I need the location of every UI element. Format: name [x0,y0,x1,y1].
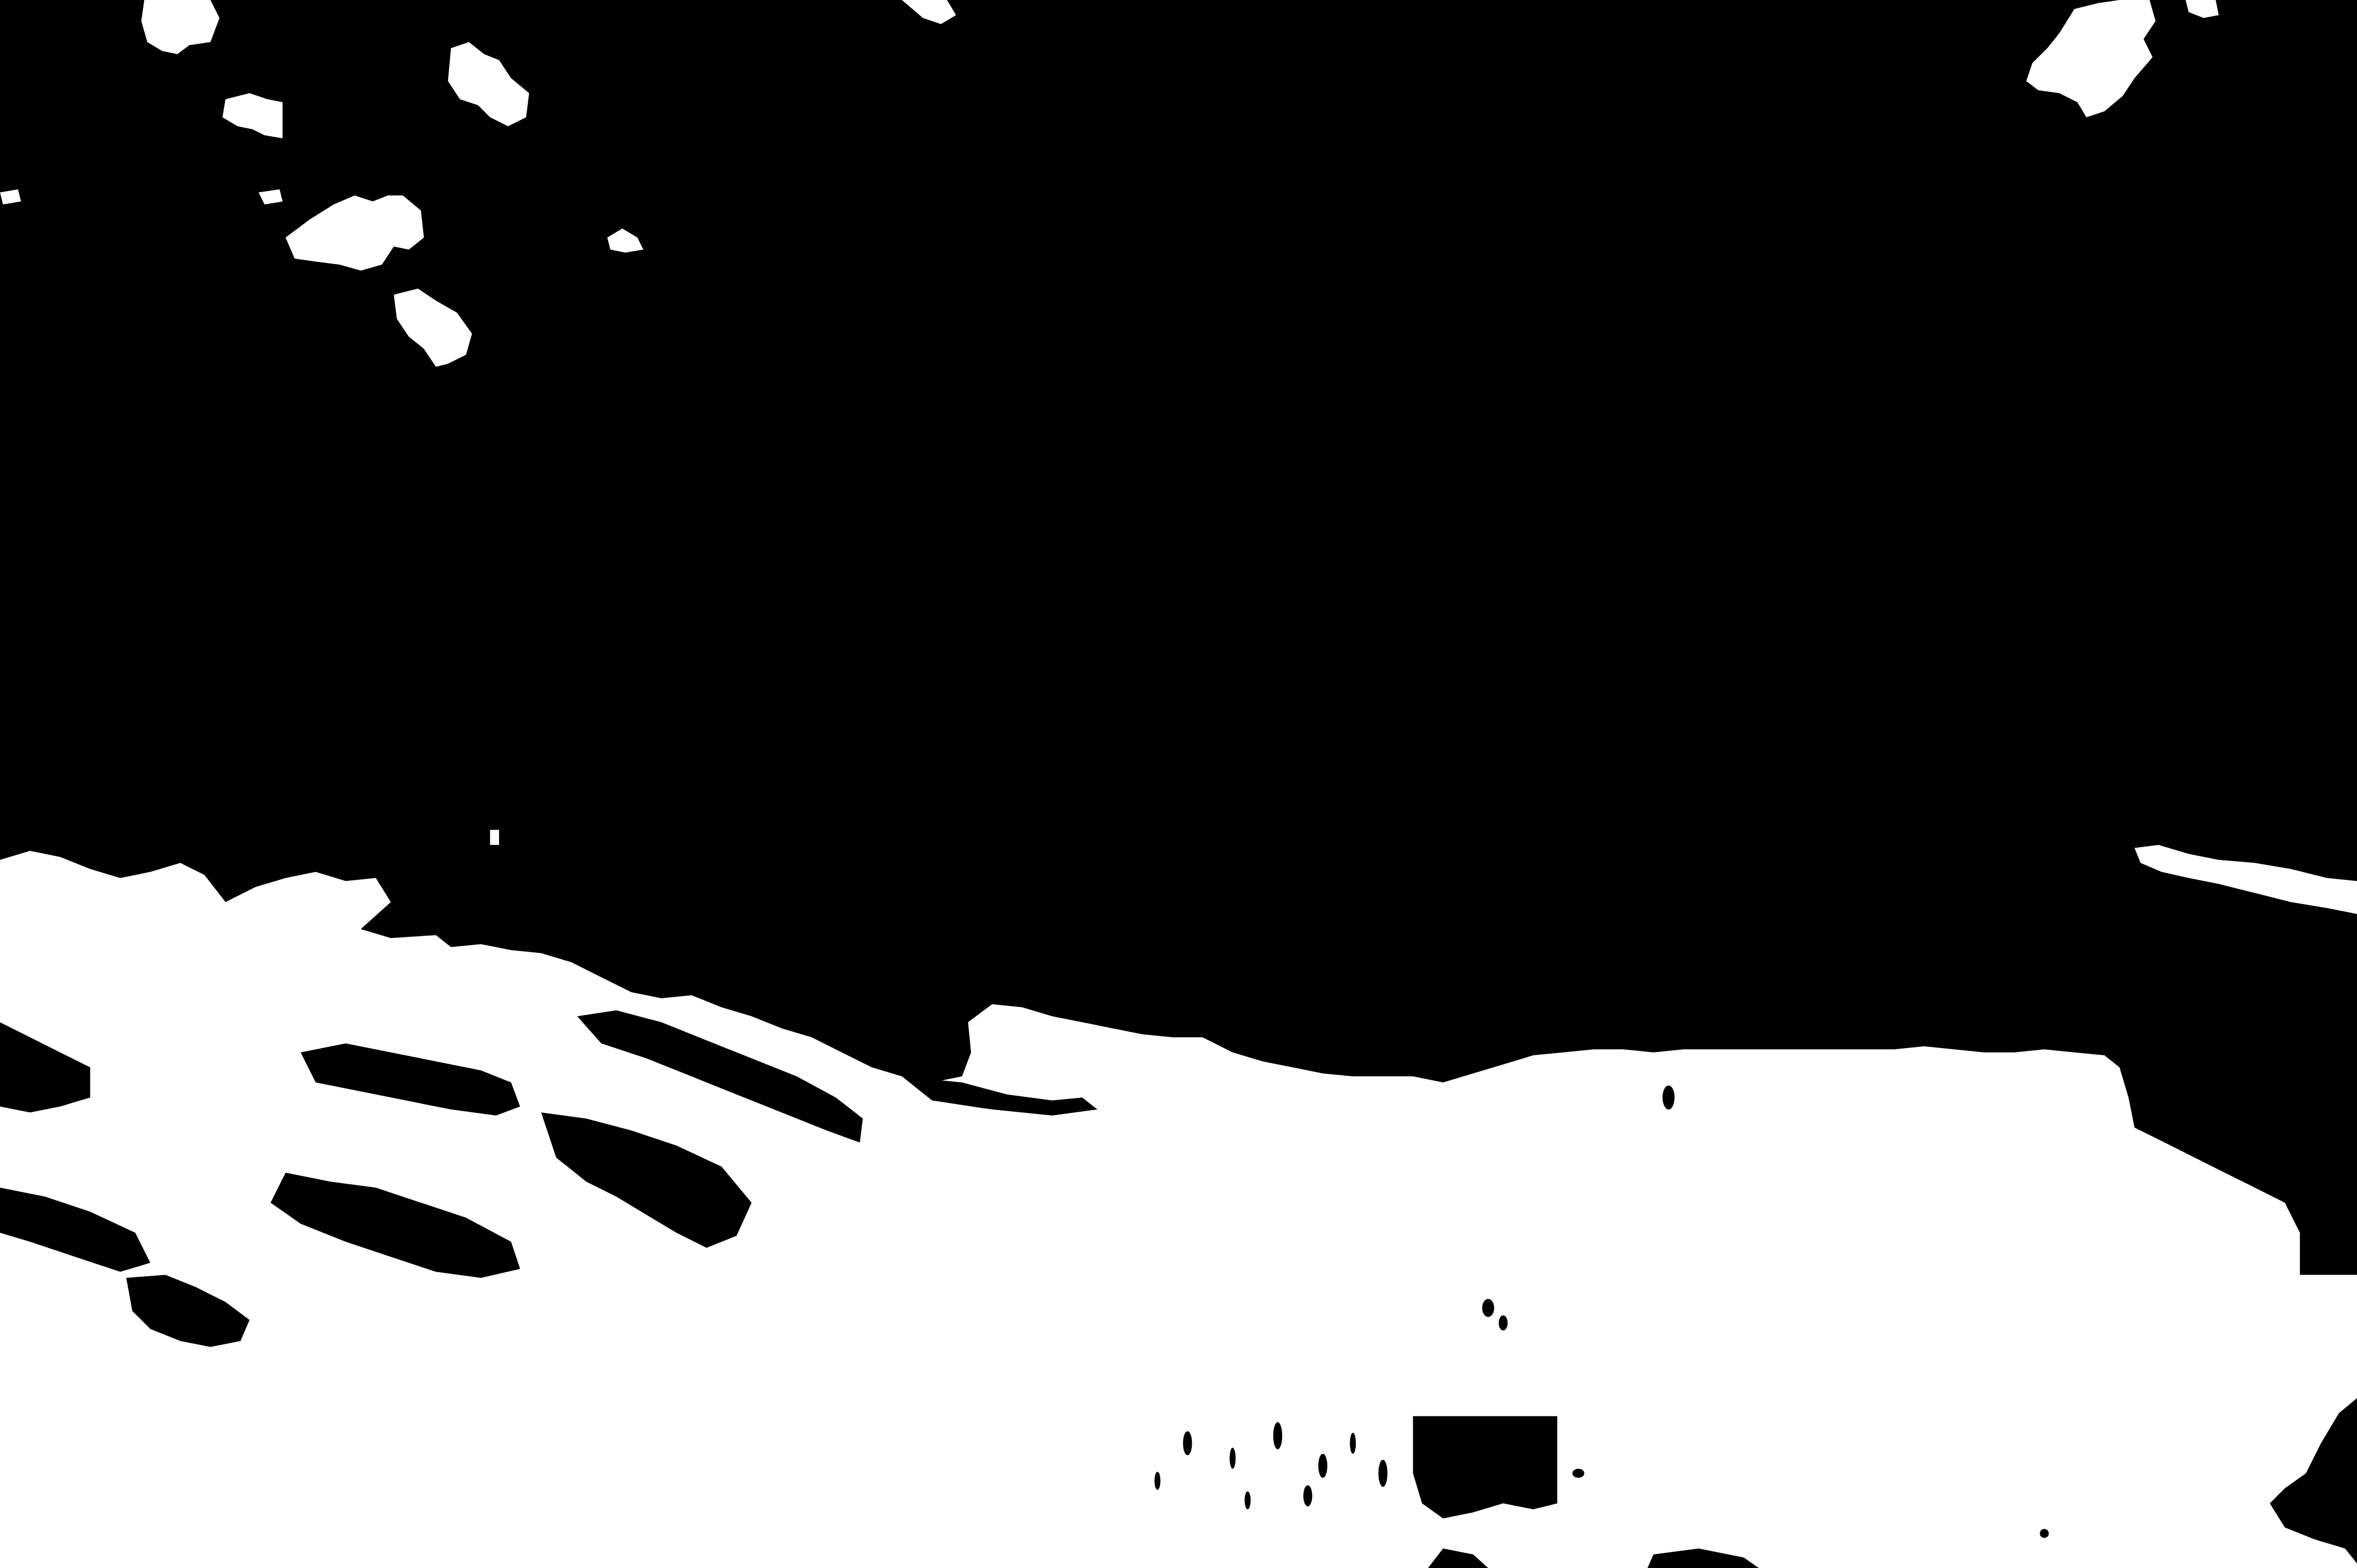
binary-mask-scene [0,0,2357,1568]
